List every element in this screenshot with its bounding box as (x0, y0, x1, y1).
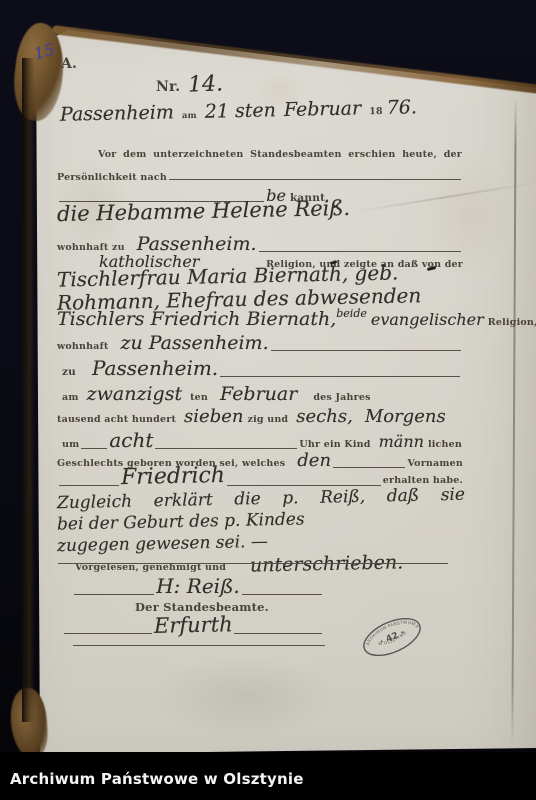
separator-rule (58, 563, 448, 564)
parents-religion-print: Religion, (488, 317, 536, 328)
parents-religion-hand: evangelischer (371, 310, 484, 329)
persoenlichkeit-label: Persönlichkeit nach (57, 172, 167, 183)
record-number-value: 14. (188, 71, 224, 97)
archive-name: Archiwum Państwowe w Olsztynie (10, 770, 304, 788)
stamp-ring-top-text: ARCHIWUM PAŃSTWOWE (361, 612, 421, 651)
child-name-hand: Friedrich (121, 463, 225, 490)
birth-daytime-hand: Morgens (365, 406, 446, 427)
birth-place-hand: Passenheim. (92, 356, 218, 380)
dateline-year-print: 18 (369, 106, 383, 117)
father-line-hand: Tischlers Friedrich Biernath, (57, 308, 336, 330)
archive-footer-band: Archiwum Państwowe w Olsztynie (0, 752, 536, 800)
blank-rule (155, 448, 297, 449)
paper-stain (150, 655, 340, 740)
scanned-register-photo: 15 A. Nr. 14. Passenheim am 21 sten Febr… (0, 0, 536, 800)
dateline-am: am (182, 111, 197, 121)
birth-uhr-print: Uhr ein Kind (299, 439, 370, 450)
birth-thousand-print: tausend acht hundert (57, 414, 176, 425)
beide-insertion: beide (336, 307, 367, 320)
blank-rule (169, 179, 461, 180)
blank-rule (64, 633, 152, 634)
blank-rule (271, 350, 461, 351)
birth-lichen-print: lichen (428, 439, 462, 450)
blank-rule (59, 485, 119, 486)
dateline-year-hand: 76. (386, 96, 417, 119)
separator-rule (73, 645, 325, 646)
dateline-place: Passenheim (60, 101, 174, 125)
blank-rule (234, 633, 322, 634)
parents-resident-place: zu Passenheim. (120, 332, 268, 354)
blank-rule (74, 594, 154, 595)
birth-day-hand: zwanzigst (87, 383, 182, 405)
intro-printed-line: Vor dem unterzeichneten Standesbeamten e… (98, 149, 462, 160)
birth-hour-hand: acht (109, 428, 153, 452)
birth-am-print: am (62, 392, 79, 403)
birth-um-print: um (62, 439, 79, 450)
form-section-letter: A. (61, 56, 77, 72)
birth-zu-print: zu (62, 366, 76, 378)
record-number-label: Nr. (156, 79, 180, 95)
dateline-month: Februar (284, 97, 362, 121)
registrar-signature: Erfurth (153, 612, 232, 638)
blank-rule (227, 485, 381, 486)
birth-year-label-print: des Jahres (313, 392, 370, 403)
birth-gender-hand: männ (379, 432, 424, 451)
parents-resident-print: wohnhaft (57, 341, 108, 352)
closing-hand: unterschrieben. (250, 551, 404, 576)
birth-zig-print: zig und (247, 414, 288, 425)
archive-oval-stamp: ARCHIWUM PAŃSTWOWE W OLSZTYNIE · 42 · (357, 611, 427, 663)
birth-ten-print: ten (190, 392, 208, 403)
book-spine-edge (22, 58, 35, 722)
ink-speck (333, 205, 336, 208)
blank-rule (220, 376, 460, 377)
birth-month-hand: Februar (220, 383, 297, 405)
birth-units-hand: sechs, (296, 406, 353, 427)
declarant-signature: H: Reiß. (156, 574, 240, 598)
blank-rule (81, 448, 107, 449)
birth-tens-hand: sieben (184, 406, 243, 427)
svg-text:ARCHIWUM PAŃSTWOWE: ARCHIWUM PAŃSTWOWE (361, 612, 421, 651)
blank-rule (242, 594, 322, 595)
dateline-day: 21 sten (205, 99, 277, 122)
